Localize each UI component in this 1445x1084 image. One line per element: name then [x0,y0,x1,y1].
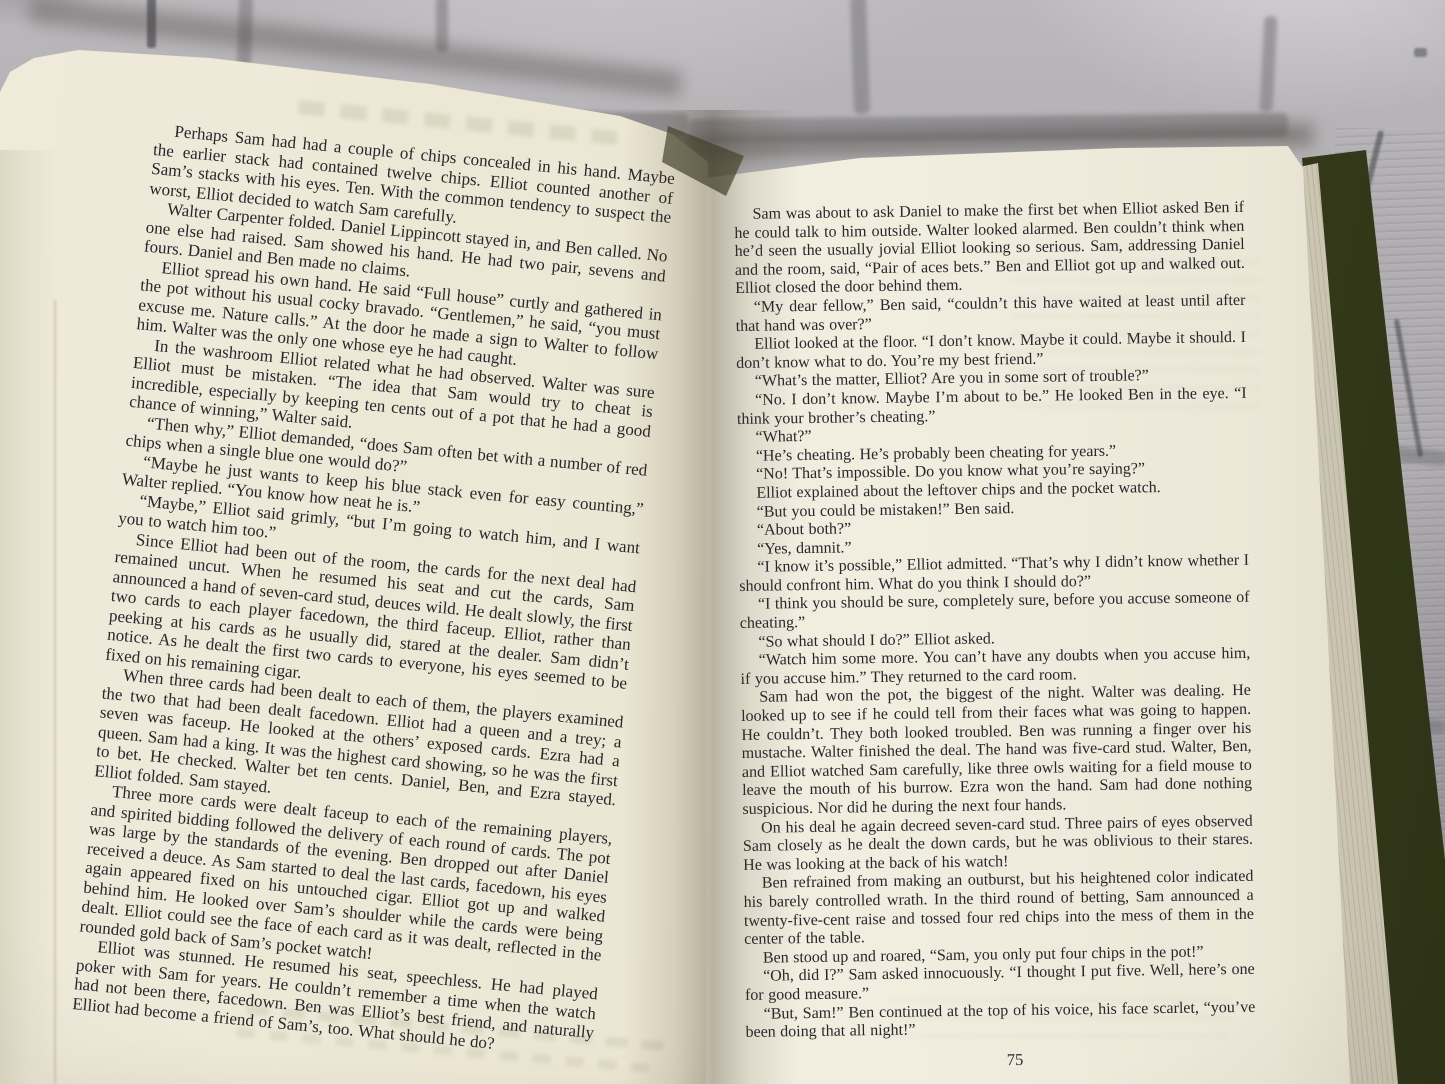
paragraph: Sam was about to ask Daniel to make the … [734,199,1245,299]
left-page-text: Perhaps Sam had had a couple of chips co… [72,120,676,1062]
left-page-edges [0,150,62,1084]
right-page-text: Sam was about to ask Daniel to make the … [734,199,1256,1043]
wall-mark [1414,48,1427,57]
paragraph: “But, Sam!” Ben continued at the top of … [745,998,1255,1042]
gutter-shadow [622,110,798,1084]
paragraph: Ben refrained from making an outburst, b… [743,868,1254,949]
left-page-edge-line [54,300,56,1084]
paragraph: On his deal he again decreed seven-card … [743,812,1254,875]
mortar-joint [850,0,870,114]
paragraph: Sam had won the pot, the biggest of the … [741,682,1253,819]
mortar-joint [1259,16,1277,113]
photo-open-book-scene: Perhaps Sam had had a couple of chips co… [0,0,1445,1084]
